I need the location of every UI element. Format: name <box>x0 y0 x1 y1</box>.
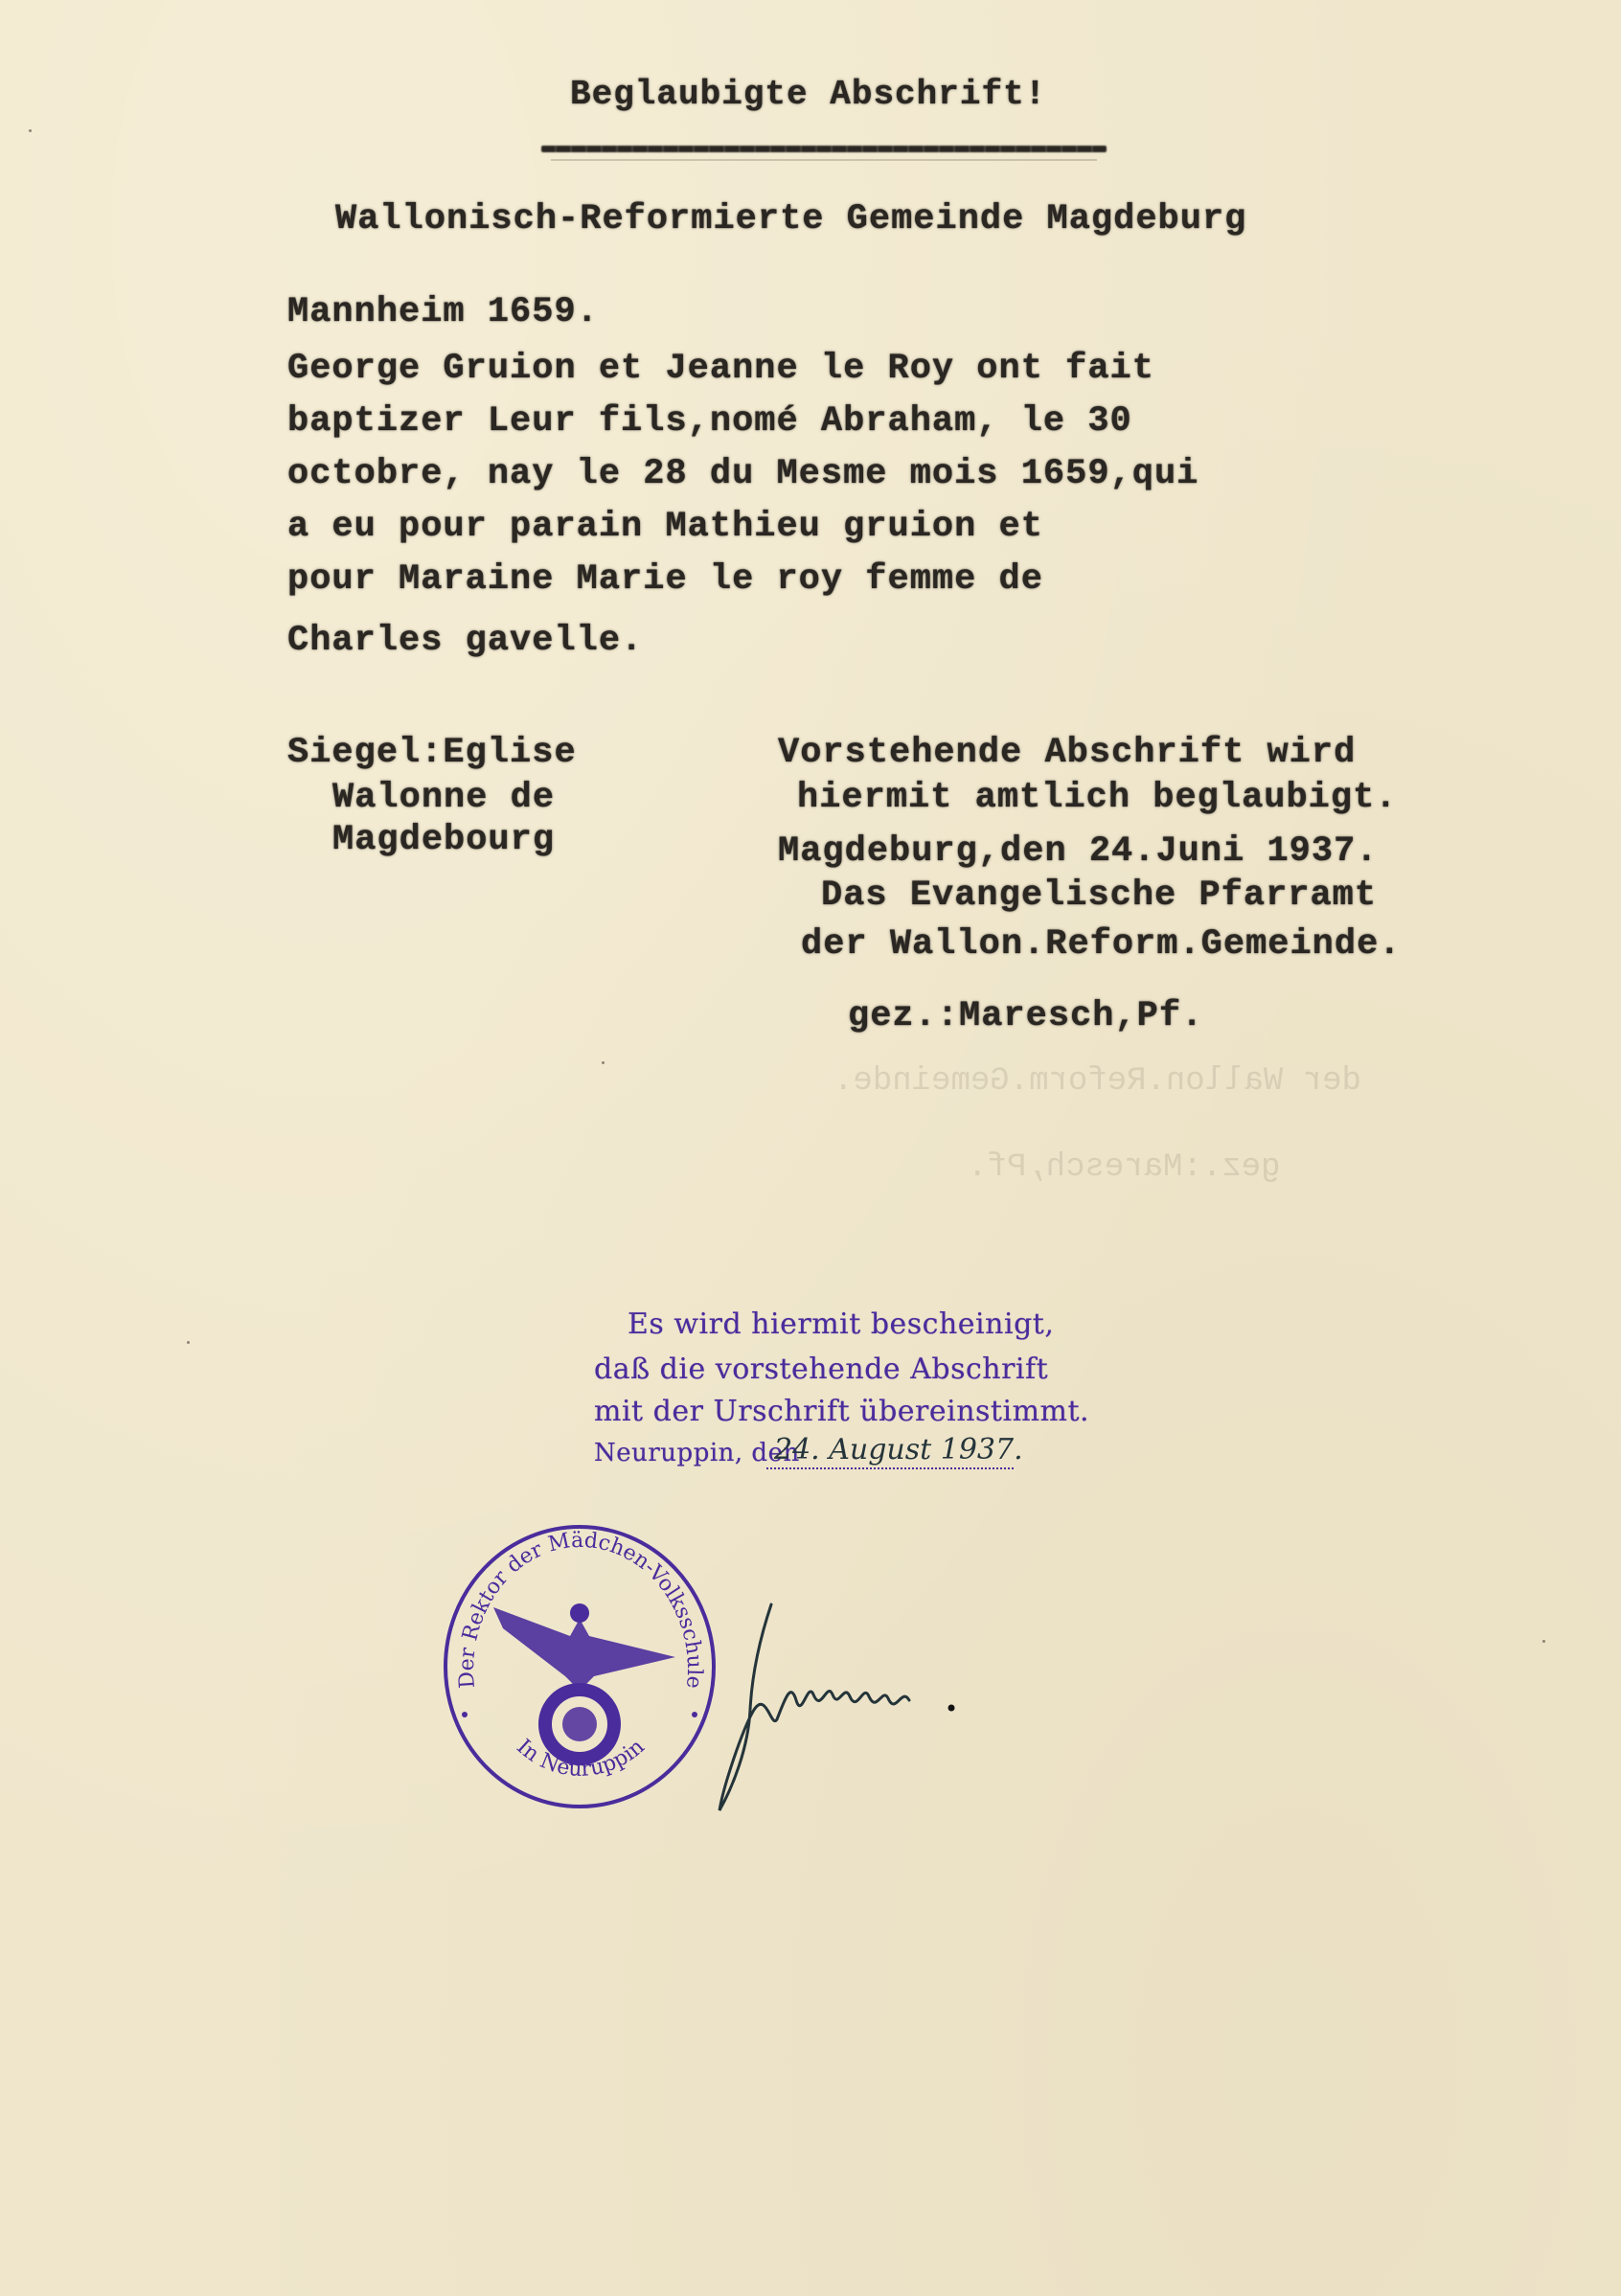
body-line: a eu pour parain Mathieu gruion et <box>287 507 1043 547</box>
seal-note-line: Walonne de <box>332 778 555 818</box>
place-year: Mannheim 1659. <box>287 292 599 332</box>
title-underline-shadow <box>551 159 1097 161</box>
certification-line: Vorstehende Abschrift wird <box>778 733 1356 773</box>
paper-speck <box>187 1341 190 1344</box>
bleed-through-text-1: der Wallon.Reform.Gemeinde. <box>833 1063 1361 1100</box>
stamp-line: daß die vorstehende Abschrift <box>594 1353 1048 1386</box>
certification-line: Das Evangelische Pfarramt <box>821 875 1377 916</box>
bleed-through-text-2: gez.:Maresch,Pf. <box>968 1149 1280 1186</box>
body-line: George Gruion et Jeanne le Roy ont fait <box>287 349 1154 389</box>
official-seal: Der Rektor der Mädchen-Volksschule In Ne… <box>436 1523 723 1810</box>
body-line: baptizer Leur fils,nomé Abraham, le 30 <box>287 401 1132 442</box>
stamp-place: Neuruppin, den <box>594 1439 800 1467</box>
document-title: Beglaubigte Abschrift! <box>570 75 1046 114</box>
seal-note-line: Magdebourg <box>332 820 555 860</box>
eagle-emblem-icon <box>493 1603 675 1759</box>
body-line: octobre, nay le 28 du Mesme mois 1659,qu… <box>287 454 1199 494</box>
handwritten-signature <box>714 1595 1039 1815</box>
body-line: pour Maraine Marie le roy femme de <box>287 559 1043 600</box>
title-underline <box>541 146 1107 152</box>
stamp-line: Es wird hiermit bescheinigt, <box>628 1307 1054 1341</box>
body-line: Charles gavelle. <box>287 621 643 661</box>
date-dotted-line <box>766 1467 1014 1469</box>
paper-speck <box>29 129 32 132</box>
stamp-line: mit der Urschrift übereinstimmt. <box>594 1395 1089 1428</box>
handwritten-date: 24. August 1937. <box>774 1433 1023 1466</box>
certification-line: Magdeburg,den 24.Juni 1937. <box>778 831 1379 872</box>
congregation-heading: Wallonisch-Reformierte Gemeinde Magdebur… <box>335 199 1246 239</box>
paper-speck <box>1542 1640 1545 1643</box>
signed-by: gez.:Maresch,Pf. <box>848 996 1203 1036</box>
seal-note-line: Siegel:Eglise <box>287 733 577 773</box>
certification-line: hiermit amtlich beglaubigt. <box>797 778 1398 818</box>
certification-line: der Wallon.Reform.Gemeinde. <box>801 924 1402 965</box>
paper-speck <box>602 1061 605 1064</box>
